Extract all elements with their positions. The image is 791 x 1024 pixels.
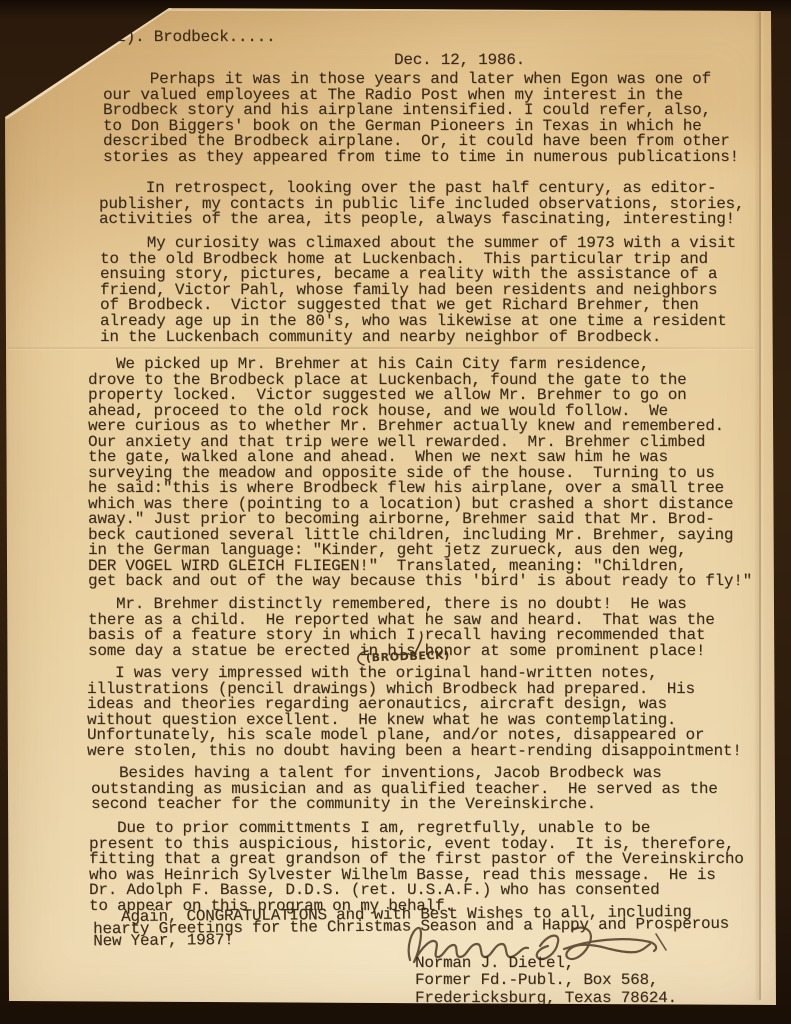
paper-fold-crease [8, 347, 756, 349]
handwritten-insertion-note: (BRODBECK) [366, 649, 450, 665]
scanned-letter-photo: { "letter": { "heading": "(2). Brodbeck.… [0, 0, 791, 1024]
paragraph-3: My curiosity was climaxed about the summ… [100, 236, 736, 345]
paragraph-4: We picked up Mr. Brehmer at his Cain Cit… [88, 357, 752, 590]
signature-city-line: Fredericksburg, Texas 78624. [415, 990, 677, 1007]
paragraph-6: I was very impressed with the original h… [87, 666, 742, 760]
signature-address-line: Former Fd.-Publ., Box 568, [415, 972, 677, 989]
paragraph-2: In retrospect, looking over the past hal… [99, 181, 744, 228]
paper-crease-vertical [759, 12, 761, 1000]
paragraph-1: Perhaps it was in those years and later … [103, 72, 739, 166]
paragraph-8: Due to prior committments I am, regretfu… [89, 821, 744, 915]
signature-name-line: Norman J. Dietel, [415, 955, 677, 972]
letter-date: Dec. 12, 1986. [394, 53, 525, 69]
paper-top-edge [168, 9, 772, 11]
closing-line: New Year, 1987! [93, 933, 233, 950]
paragraph-7: Besides having a talent for inventions, … [91, 766, 718, 813]
page-number-heading: (2). Brodbeck..... [107, 30, 275, 46]
signature-typed-block: Norman J. Dietel, Former Fd.-Publ., Box … [415, 955, 677, 1007]
letter-page: (2). Brodbeck..... Dec. 12, 1986. Perhap… [0, 0, 791, 1024]
